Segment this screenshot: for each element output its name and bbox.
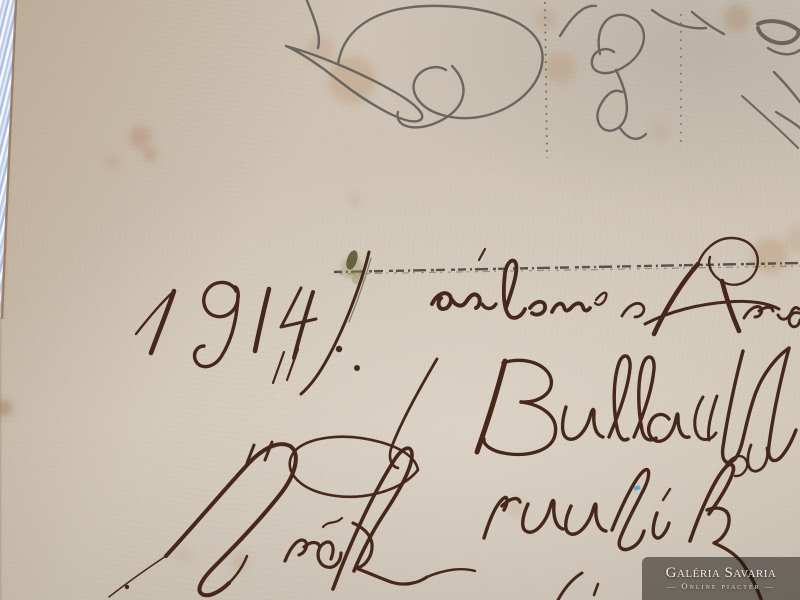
paper-edge xyxy=(0,0,19,600)
handwriting-line-2 xyxy=(273,348,796,497)
watermark-title: Galéria Savaria xyxy=(666,566,777,582)
postcard-photo: illegible pencil cursive scrawl (top of … xyxy=(0,0,800,600)
handwriting-line-1 xyxy=(136,238,800,394)
printed-rule xyxy=(334,263,800,274)
watermark-subtitle: — Online piactér — xyxy=(667,581,776,591)
watermark: Galéria Savaria — Online piactér — xyxy=(642,557,800,600)
handwriting-line-4-fragment xyxy=(558,573,598,600)
photo-marks xyxy=(0,0,800,600)
